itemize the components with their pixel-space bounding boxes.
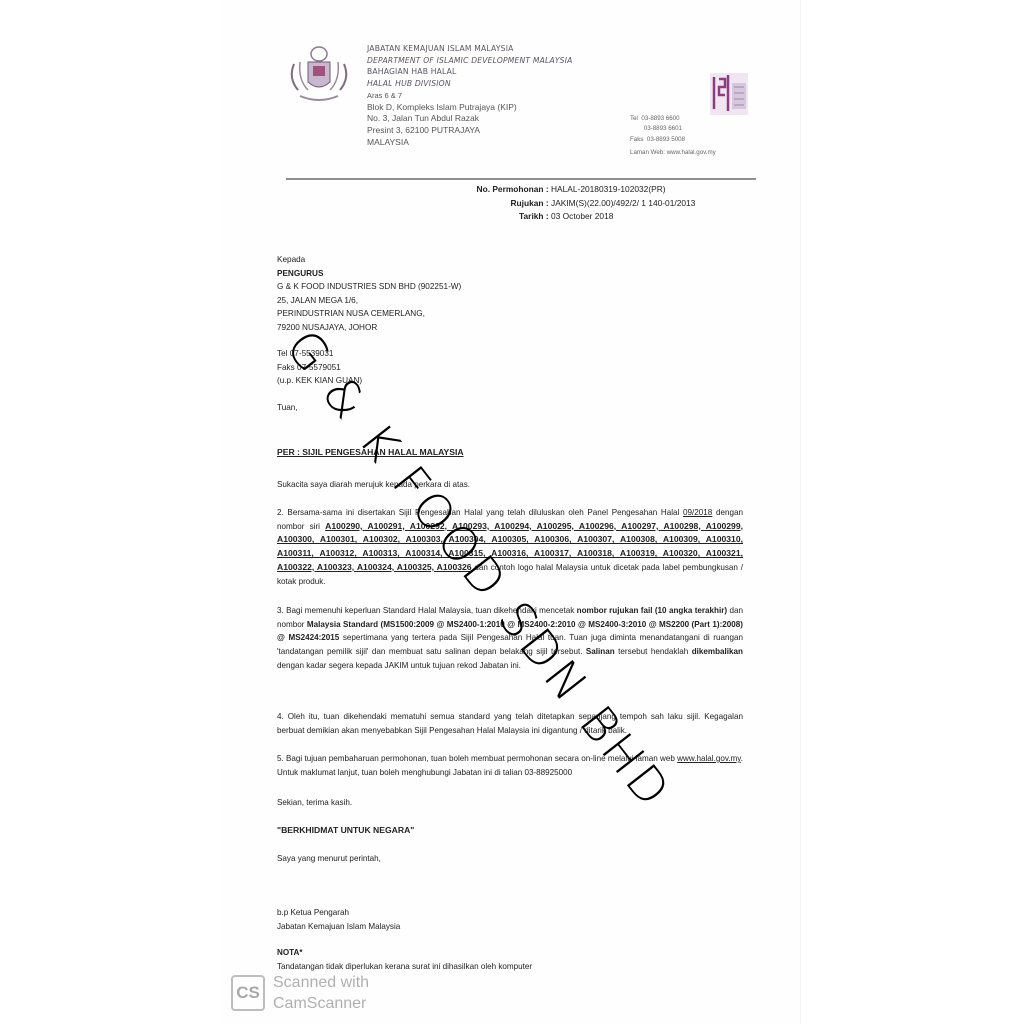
halal-website-link[interactable]: www.halal.gov.my <box>677 754 741 763</box>
web-label: Laman Web <box>630 149 663 156</box>
fax-value: 03-8893 5008 <box>647 136 685 143</box>
ref-value: JAKIM(S)(22.00)/492/2/ 1 140-01/2013 <box>551 197 723 211</box>
para3-bold: Salinan <box>586 647 615 656</box>
para3-text: tersebut hendaklah <box>615 647 692 656</box>
scanner-line: CamScanner <box>273 993 369 1014</box>
scanner-line: Scanned with <box>273 972 369 993</box>
ref-label: No. Permohonan <box>477 183 544 197</box>
ref-value: HALAL-20180319-102032(PR) <box>551 183 723 197</box>
ref-value: 03 October 2018 <box>551 210 723 224</box>
letterhead-line: MALAYSIA <box>367 137 573 149</box>
note-title: NOTA* <box>277 946 743 960</box>
para3-bold: nombor rujukan fail (10 angka terakhir) <box>577 606 727 615</box>
contact-block: Tel 03-8893 6600 03-8893 6601 Faks 03-88… <box>630 114 716 158</box>
motto: "BERKHIDMAT UNTUK NEGARA" <box>277 824 743 838</box>
opening-paragraph: Sukacita saya diarah merujuk kepada perk… <box>277 478 743 492</box>
para3-text: dengan kadar segera kepada JAKIM untuk t… <box>277 661 521 670</box>
tel-value: 03-8893 6601 <box>644 125 682 132</box>
address-line: 79200 NUSAJAYA, JOHOR <box>277 321 743 335</box>
letterhead-line: HALAL HUB DIVISION <box>367 78 573 90</box>
letterhead: JABATAN KEMAJUAN ISLAM MALAYSIA DEPARTME… <box>367 43 573 148</box>
web-link[interactable]: www.halal.gov.my <box>667 149 716 156</box>
para3-bold: dikembalikan <box>692 647 743 656</box>
signatory-line: Jabatan Kemajuan Islam Malaysia <box>277 920 743 934</box>
letterhead-line: BAHAGIAN HAB HALAL <box>367 66 573 78</box>
letterhead-line: Presint 3, 62100 PUTRAJAYA <box>367 125 573 137</box>
camscanner-logo-icon: CS <box>231 975 265 1011</box>
letterhead-line: No. 3, Jalan Tun Abdul Razak <box>367 113 573 125</box>
camscanner-badge: CS Scanned with CamScanner <box>231 972 369 1014</box>
fax-label: Faks <box>630 136 643 143</box>
address-line: 25, JALAN MEGA 1/6, <box>277 294 743 308</box>
ref-label: Tarikh <box>519 210 544 224</box>
note-block: NOTA* Tandatangan tidak diperlukan keran… <box>277 946 743 973</box>
signatory-block: b.p Ketua Pengarah Jabatan Kemajuan Isla… <box>277 906 743 933</box>
letterhead-line: Blok D, Kompleks Islam Putrajaya (KIP) <box>367 102 573 114</box>
recipient-company: G & K FOOD INDUSTRIES SDN BHD (902251-W) <box>277 280 743 294</box>
closing: Sekian, terima kasih. <box>277 796 743 810</box>
letterhead-line: DEPARTMENT OF ISLAMIC DEVELOPMENT MALAYS… <box>367 55 573 67</box>
panel-number: 09/2018 <box>683 508 712 517</box>
halal-hub-logo-icon <box>710 73 748 115</box>
letterhead-line: Aras 6 & 7 <box>367 90 573 102</box>
recipient-title: PENGURUS <box>277 267 743 281</box>
ref-label: Rujukan <box>511 197 544 211</box>
header-divider <box>286 178 756 180</box>
signatory-line: b.p Ketua Pengarah <box>277 906 743 920</box>
address-line: PERINDUSTRIAN NUSA CEMERLANG, <box>277 307 743 321</box>
obedient-line: Saya yang menurut perintah, <box>277 852 743 866</box>
reference-block: No. Permohonan : HALAL-20180319-102032(P… <box>468 183 723 224</box>
to-label: Kepada <box>277 253 743 267</box>
tel-label: Tel <box>630 115 638 122</box>
malaysia-coat-of-arms-icon <box>286 42 352 104</box>
letterhead-line: JABATAN KEMAJUAN ISLAM MALAYSIA <box>367 43 573 55</box>
subject-line: PER : SIJIL PENGESAHAN HALAL MALAYSIA <box>277 446 743 460</box>
tel-value: 03-8893 6600 <box>641 115 679 122</box>
para2-text: 2. Bersama-sama ini disertakan Sijil Pen… <box>277 508 683 517</box>
paragraph-4: 4. Oleh itu, tuan dikehendaki mematuhi s… <box>277 710 743 737</box>
